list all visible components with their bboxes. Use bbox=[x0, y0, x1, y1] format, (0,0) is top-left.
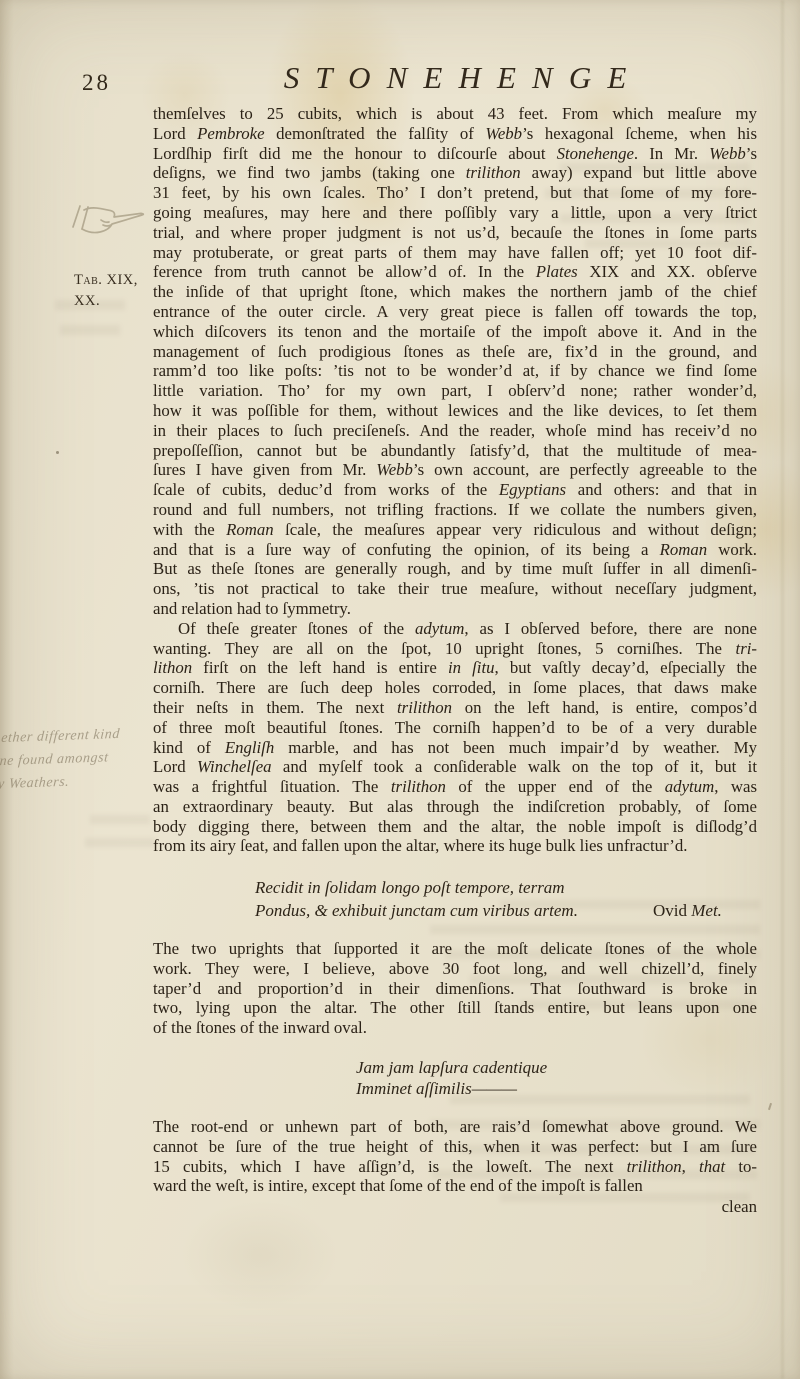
catchword: clean bbox=[153, 1197, 757, 1217]
ink-showthrough bbox=[90, 815, 150, 824]
quote-attribution: Ovid Met. bbox=[653, 900, 722, 923]
ink-showthrough bbox=[85, 838, 155, 847]
text-line: ſcale of cubits, deduc’d from works of t… bbox=[153, 480, 757, 500]
ink-speck bbox=[768, 1103, 772, 1110]
text-line: deſigns, we find two jambs (taking one t… bbox=[153, 163, 757, 183]
handwritten-line: y Weathers. bbox=[0, 769, 117, 796]
text-line: was a frightful ſituation. The trilithon… bbox=[153, 777, 757, 797]
text-line: kind of Engliſh marble, and has not been… bbox=[153, 738, 757, 758]
text-line: may protuberate, or great parts of them … bbox=[153, 243, 757, 263]
latin-quotation: Recidit in ſolidam longo poſt tempore, t… bbox=[255, 877, 675, 922]
text-line: round and full numbers, not trifling fra… bbox=[153, 500, 757, 520]
text-line: cannot be ſure of the true height of thi… bbox=[153, 1137, 757, 1157]
text-line: Of theſe greater ſtones of the adytum, a… bbox=[153, 619, 757, 639]
paragraph: themſelves to 25 cubits, which is about … bbox=[153, 104, 757, 619]
text-line: and that is a ſure way of confuting the … bbox=[153, 540, 757, 560]
text-line: in their places to ſuch preciſeneſs. And… bbox=[153, 421, 757, 441]
ink-speck bbox=[56, 451, 59, 454]
text-line: wanting. They are all on the ſpot, 10 up… bbox=[153, 639, 757, 659]
paragraph: The root-end or unhewn part of both, are… bbox=[153, 1117, 757, 1196]
text-line: ward the weſt, is intire, except that ſo… bbox=[153, 1176, 757, 1196]
text-column: themſelves to 25 cubits, which is about … bbox=[153, 104, 757, 856]
text-line: of three moſt beautiful ſtones. The corn… bbox=[153, 718, 757, 738]
running-title: STONEHENGE bbox=[153, 60, 757, 96]
text-line: themſelves to 25 cubits, which is about … bbox=[153, 104, 757, 124]
latin-quotation: Jam jam lapſura cadentiqueImminet aſſimi… bbox=[356, 1058, 656, 1099]
text-line: work. They were, I believe, above 30 foo… bbox=[153, 959, 757, 979]
text-line: Lordſhip firſt did me the honour to diſc… bbox=[153, 144, 757, 164]
text-line: ons, ’tis not practical to take their tr… bbox=[153, 579, 757, 599]
text-line: body digging there, between them and the… bbox=[153, 817, 757, 837]
ink-showthrough bbox=[430, 925, 760, 934]
margin-plate-reference: Tab. XIX, XX. bbox=[74, 270, 138, 311]
text-line: ramm’d too like poſts: ’tis not to be wo… bbox=[153, 361, 757, 381]
paragraph: The two uprights that ſupported it are t… bbox=[153, 939, 757, 1038]
text-line: management of ſuch prodigious ſtones as … bbox=[153, 342, 757, 362]
text-line: taper’d and proportion’d in their dimenſ… bbox=[153, 979, 757, 999]
text-line: Lord Winchelſea and myſelf took a conſid… bbox=[153, 757, 757, 777]
text-line: corniſh. There are ſuch deep holes corro… bbox=[153, 678, 757, 698]
text-line: The two uprights that ſupported it are t… bbox=[153, 939, 757, 959]
text-line: an extraordinary beauty. But alas throug… bbox=[153, 797, 757, 817]
handwritten-margin-note: ether different kind ne found amongst y … bbox=[0, 723, 121, 796]
text-line: Imminet aſſimilis——— bbox=[356, 1079, 656, 1100]
text-line: and relation had to ſymmetry. bbox=[153, 599, 757, 619]
text-line: little variation. Tho’ for my own part, … bbox=[153, 381, 757, 401]
text-line: prepoſſeſſion, cannot but be abundantly … bbox=[153, 441, 757, 461]
text-line: ſures I have given from Mr. Webb’s own a… bbox=[153, 460, 757, 480]
page-edge-shadow bbox=[0, 0, 14, 1379]
page-number: 28 bbox=[82, 70, 111, 96]
book-page-scan: 28 STONEHENGE Tab. XIX, XX. ether differ… bbox=[0, 0, 800, 1379]
text-line: lithon firſt on the left hand is entire … bbox=[153, 658, 757, 678]
text-line: 15 cubits, which I have aſſign’d, is the… bbox=[153, 1157, 757, 1177]
page-fold-line bbox=[781, 0, 784, 1379]
text-line: from its airy ſeat, and fallen upon the … bbox=[153, 836, 757, 856]
text-line: Jam jam lapſura cadentique bbox=[356, 1058, 656, 1079]
manicule-icon bbox=[64, 194, 148, 244]
text-line: the inſide of that upright ſtone, which … bbox=[153, 282, 757, 302]
plate-ref-line: Tab. XIX, bbox=[74, 270, 138, 291]
text-line: two, lying upon the altar. The other ſti… bbox=[153, 998, 757, 1018]
text-line: But as theſe ſtones are generally rough,… bbox=[153, 559, 757, 579]
text-line: 31 feet, by his own ſcales. Tho’ I don’t… bbox=[153, 183, 757, 203]
text-line: their neſts in them. The next trilithon … bbox=[153, 698, 757, 718]
text-line: Pondus, & exhibuit junctam cum viribus a… bbox=[255, 900, 675, 923]
text-line: Recidit in ſolidam longo poſt tempore, t… bbox=[255, 877, 675, 900]
text-line: with the Roman ſcale, the meaſures appea… bbox=[153, 520, 757, 540]
ink-showthrough bbox=[60, 325, 120, 335]
text-line: ference from truth cannot be allow’d of.… bbox=[153, 262, 757, 282]
text-line: how it was poſſible for them, without le… bbox=[153, 401, 757, 421]
text-line: of the ſtones of the inward oval. bbox=[153, 1018, 757, 1038]
handwritten-line: ne found amongst bbox=[0, 746, 119, 773]
text-line: Lord Pembroke demonſtrated the falſity o… bbox=[153, 124, 757, 144]
paragraph: Of theſe greater ſtones of the adytum, a… bbox=[153, 619, 757, 857]
text-line: going meaſures, may here and there poſſi… bbox=[153, 203, 757, 223]
text-line: trial, and where proper judgment is not … bbox=[153, 223, 757, 243]
text-line: entrance of the outer circle. A very gre… bbox=[153, 302, 757, 322]
text-line: The root-end or unhewn part of both, are… bbox=[153, 1117, 757, 1137]
text-line: which diſcovers its tenon and the mortai… bbox=[153, 322, 757, 342]
plate-ref-line: XX. bbox=[74, 291, 138, 312]
